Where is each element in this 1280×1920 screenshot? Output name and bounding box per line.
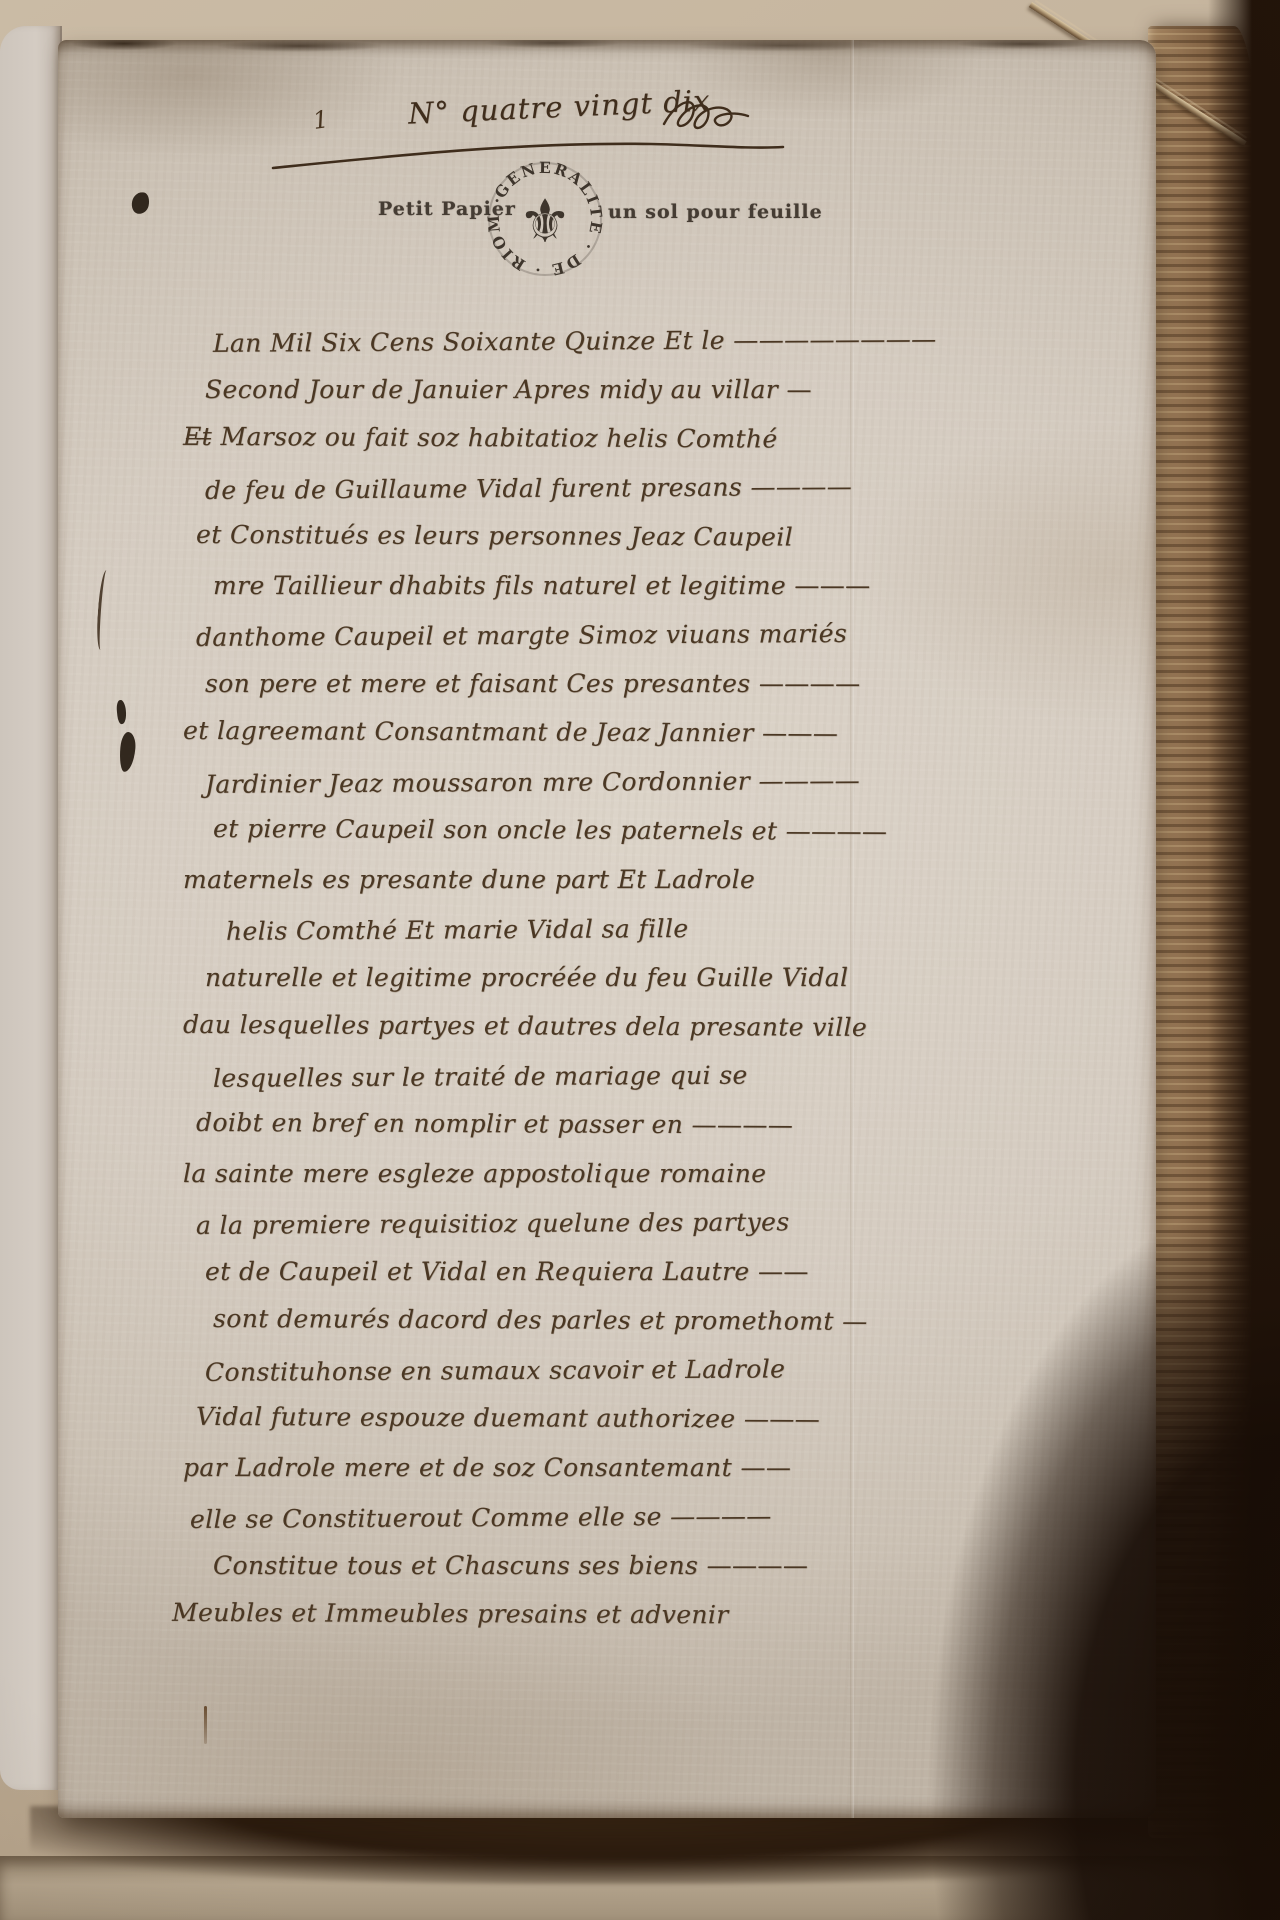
stamp-right-label: un sol pour feuille (608, 201, 823, 223)
manuscript-line: Constituhonse en sumaux scavoir et Ladro… (205, 1352, 1146, 1407)
ink-drip (204, 1706, 207, 1744)
manuscript-line: Vidal future espouze duemant authorizee … (196, 1402, 1146, 1455)
generalite-de-riom-tax-stamp: GENERALITE · DE · RIOM · ⚜ (482, 156, 608, 282)
margin-pen-stroke (95, 570, 112, 651)
manuscript-line: Lan Mil Six Cens Soixante Quinze Et le —… (213, 323, 1146, 378)
manuscript-line: Constitue tous et Chascuns ses biens ———… (213, 1551, 1146, 1600)
manuscript-line: naturelle et legitime procréée du feu Gu… (205, 963, 1146, 1012)
manuscript-line: et lagreemant Consantmant de Jeaz Jannie… (183, 716, 1146, 769)
folio-number: 1 (311, 105, 330, 135)
manuscript-line: danthome Caupeil et margte Simoz viuans … (196, 617, 1146, 672)
manuscript-line: maternels es presante dune part Et Ladro… (183, 865, 1146, 914)
manuscript-line: et Constitués es leurs personnes Jeaz Ca… (196, 520, 1146, 573)
manuscript-line: lesquelles sur le traité de mariage qui … (213, 1058, 1146, 1113)
manuscript-line: E̶t̶ Marsoz ou fait soz habitatioz helis… (183, 422, 1146, 475)
manuscript-line: Jardinier Jeaz moussaron mre Cordonnier … (205, 764, 1146, 819)
manuscript-line: mre Taillieur dhabits fils naturel et le… (213, 571, 1146, 620)
manuscript-line: Meubles et Immeubles presains et advenir (172, 1598, 1146, 1651)
manuscript-page: 1 N° quatre vingt dix Petit Papier un so… (58, 40, 1156, 1818)
manuscript-line: helis Comthé Et marie Vidal sa fille (226, 911, 1146, 966)
manuscript-line: la sainte mere esgleze appostolique roma… (183, 1159, 1146, 1208)
fleur-de-lis-icon: ⚜ (518, 187, 572, 257)
book-fore-edge-page-stack (1148, 26, 1264, 1838)
ink-blot (118, 731, 136, 772)
ink-blot (130, 190, 151, 215)
photograph-of-manuscript: { "document": { "page_mark": "1", "heade… (0, 0, 1280, 1920)
manuscript-body: Lan Mil Six Cens Soixante Quinze Et le —… (196, 326, 1146, 1649)
manuscript-line: a la premiere requisitioz quelune des pa… (196, 1205, 1146, 1260)
manuscript-line: et de Caupeil et Vidal en Requiera Lautr… (205, 1257, 1146, 1306)
manuscript-line: elle se Constituerout Comme elle se ———— (190, 1499, 1146, 1554)
ink-blot (116, 700, 127, 725)
manuscript-line: son pere et mere et faisant Ces presante… (205, 669, 1146, 718)
previous-page-edge (0, 26, 62, 1790)
manuscript-line: doibt en bref en nomplir et passer en ——… (196, 1108, 1146, 1161)
manuscript-line: par Ladrole mere et de soz Consantemant … (183, 1453, 1146, 1502)
manuscript-line: de feu de Guillaume Vidal furent presans… (205, 470, 1146, 525)
page-top-edge-soiling (58, 40, 1156, 60)
manuscript-line: dau lesquelles partyes et dautres dela p… (183, 1010, 1146, 1063)
manuscript-line: Second Jour de Januier Apres midy au vil… (205, 375, 1146, 424)
manuscript-line: et pierre Caupeil son oncle les paternel… (213, 814, 1146, 867)
manuscript-line: sont demurés dacord des parles et promet… (213, 1304, 1146, 1357)
